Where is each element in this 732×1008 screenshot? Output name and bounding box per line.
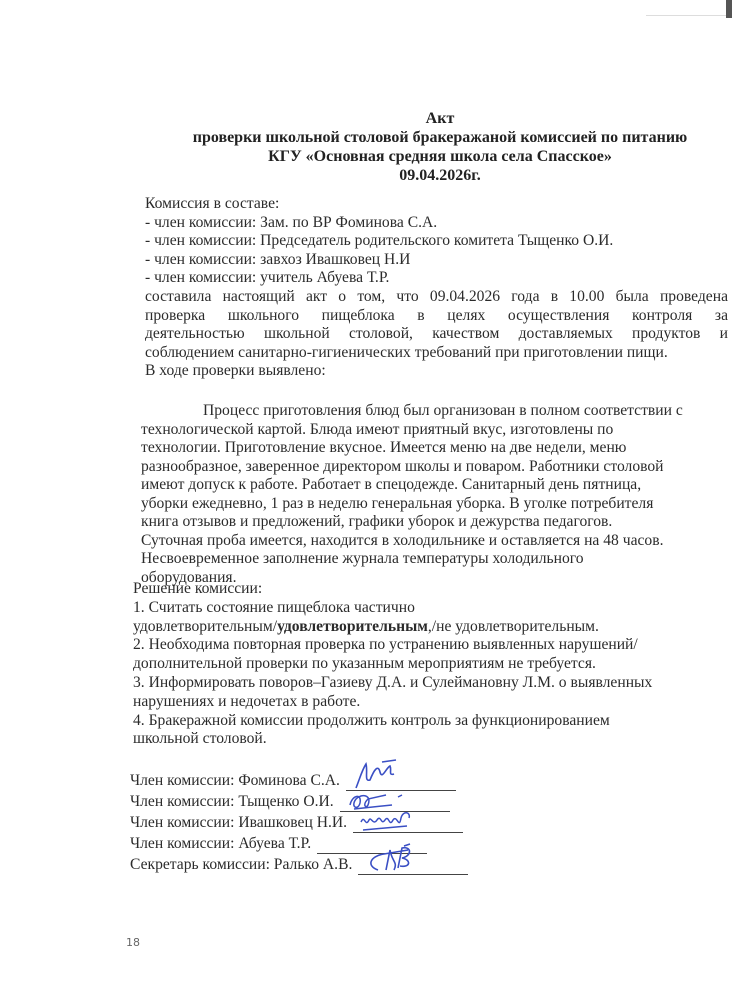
- document-header: Акт проверки школьной столовой бракеража…: [150, 109, 730, 185]
- decision-item-1-options: удовлетворительным/удовлетворительным,/н…: [133, 618, 732, 637]
- commission-member: - член комиссии: Председатель родительск…: [145, 232, 728, 251]
- decision-title: Решение комиссии:: [133, 580, 732, 599]
- signatures-section: Член комиссии: Фоминова С.А. Член комисс…: [130, 770, 468, 875]
- findings-line: Несвоевременное заполнение журнала темпе…: [141, 550, 731, 569]
- handwritten-signature-icon: [359, 808, 429, 834]
- findings-section: Процесс приготовления блюд был организов…: [141, 402, 731, 587]
- findings-line: уборки ежедневно, 1 раз в неделю генерал…: [141, 495, 731, 514]
- commission-intro: Комиссия в составе:: [145, 195, 728, 214]
- findings-line: Процесс приготовления блюд был организов…: [141, 402, 731, 421]
- option-satisfactory-selected: удовлетворительным: [277, 618, 428, 635]
- commission-member: - член комиссии: учитель Абуева Т.Р.: [145, 269, 728, 288]
- findings-intro: В ходе проверки выявлено:: [145, 362, 728, 381]
- signature-row: Секретарь комиссии: Ралько А.В.: [130, 854, 468, 875]
- decision-item-2-cont: дополнительной проверки по указанным мер…: [133, 655, 732, 674]
- commission-member: - член комиссии: завхоз Ивашковец Н.И: [145, 251, 728, 270]
- organization-name: КГУ «Основная средняя школа села Спасско…: [150, 147, 730, 166]
- document-date: 09.04.2026г.: [150, 166, 730, 185]
- handwritten-signature-icon: [364, 842, 430, 876]
- signature-label: Член комиссии: Тыщенко О.И.: [130, 793, 334, 810]
- statement-line: составила настоящий акт о том, что 09.04…: [145, 288, 728, 307]
- findings-line: технологии. Приготовление вкусное. Имеет…: [141, 439, 731, 458]
- handwritten-signature-icon: [352, 758, 412, 792]
- statement-line: проверка школьного пищеблока в целях осу…: [145, 307, 728, 326]
- signature-line: [353, 818, 463, 833]
- decision-item-1: 1. Считать состояние пищеблока частично: [133, 599, 732, 618]
- decision-section: Решение комиссии: 1. Считать состояние п…: [133, 580, 732, 749]
- findings-line: имеют допуск к работе. Работает в спецод…: [141, 476, 731, 495]
- option-satisfactory-partial: удовлетворительным/: [133, 618, 277, 635]
- decision-item-4-cont: школьной столовой.: [133, 730, 732, 749]
- signature-label: Член комиссии: Фоминова С.А.: [130, 772, 340, 789]
- findings-line: разнообразное, заверенное директором шко…: [141, 458, 731, 477]
- document-subtitle: проверки школьной столовой бракеражаной …: [150, 128, 730, 147]
- statement-line: соблюдением санитарно-гигиенических треб…: [145, 344, 728, 363]
- document-title: Акт: [150, 109, 730, 128]
- scan-artifact-line: [646, 15, 726, 16]
- option-unsatisfactory: ,/не удовлетворительным.: [428, 618, 599, 635]
- commission-section: Комиссия в составе: - член комиссии: Зам…: [145, 195, 728, 381]
- decision-item-3: 3. Информировать поворов–Газиеву Д.А. и …: [133, 674, 732, 693]
- signature-label: Член комиссии: Ивашковец Н.И.: [130, 814, 347, 831]
- decision-item-4: 4. Бракеражной комиссии продолжить контр…: [133, 712, 732, 731]
- signature-label: Секретарь комиссии: Ралько А.В.: [130, 856, 352, 873]
- signature-row: Член комиссии: Фоминова С.А.: [130, 770, 468, 791]
- decision-item-2: 2. Необходима повторная проверка по устр…: [133, 636, 732, 655]
- findings-line: Суточная проба имеется, находится в холо…: [141, 532, 731, 551]
- signature-label: Член комиссии: Абуева Т.Р.: [130, 835, 311, 852]
- commission-member: - член комиссии: Зам. по ВР Фоминова С.А…: [145, 214, 728, 233]
- findings-line: книга отзывов и предложений, графики убо…: [141, 513, 731, 532]
- decision-item-3-cont: нарушениях и недочетах в работе.: [133, 693, 732, 712]
- page-number: 18: [126, 936, 140, 949]
- signature-line: [358, 860, 468, 875]
- statement-line: деятельностью школьной столовой, качеств…: [145, 325, 728, 344]
- findings-line: технологической картой. Блюда имеют прия…: [141, 421, 731, 440]
- signature-row: Член комиссии: Ивашковец Н.И.: [130, 812, 468, 833]
- scan-edge: [726, 0, 732, 18]
